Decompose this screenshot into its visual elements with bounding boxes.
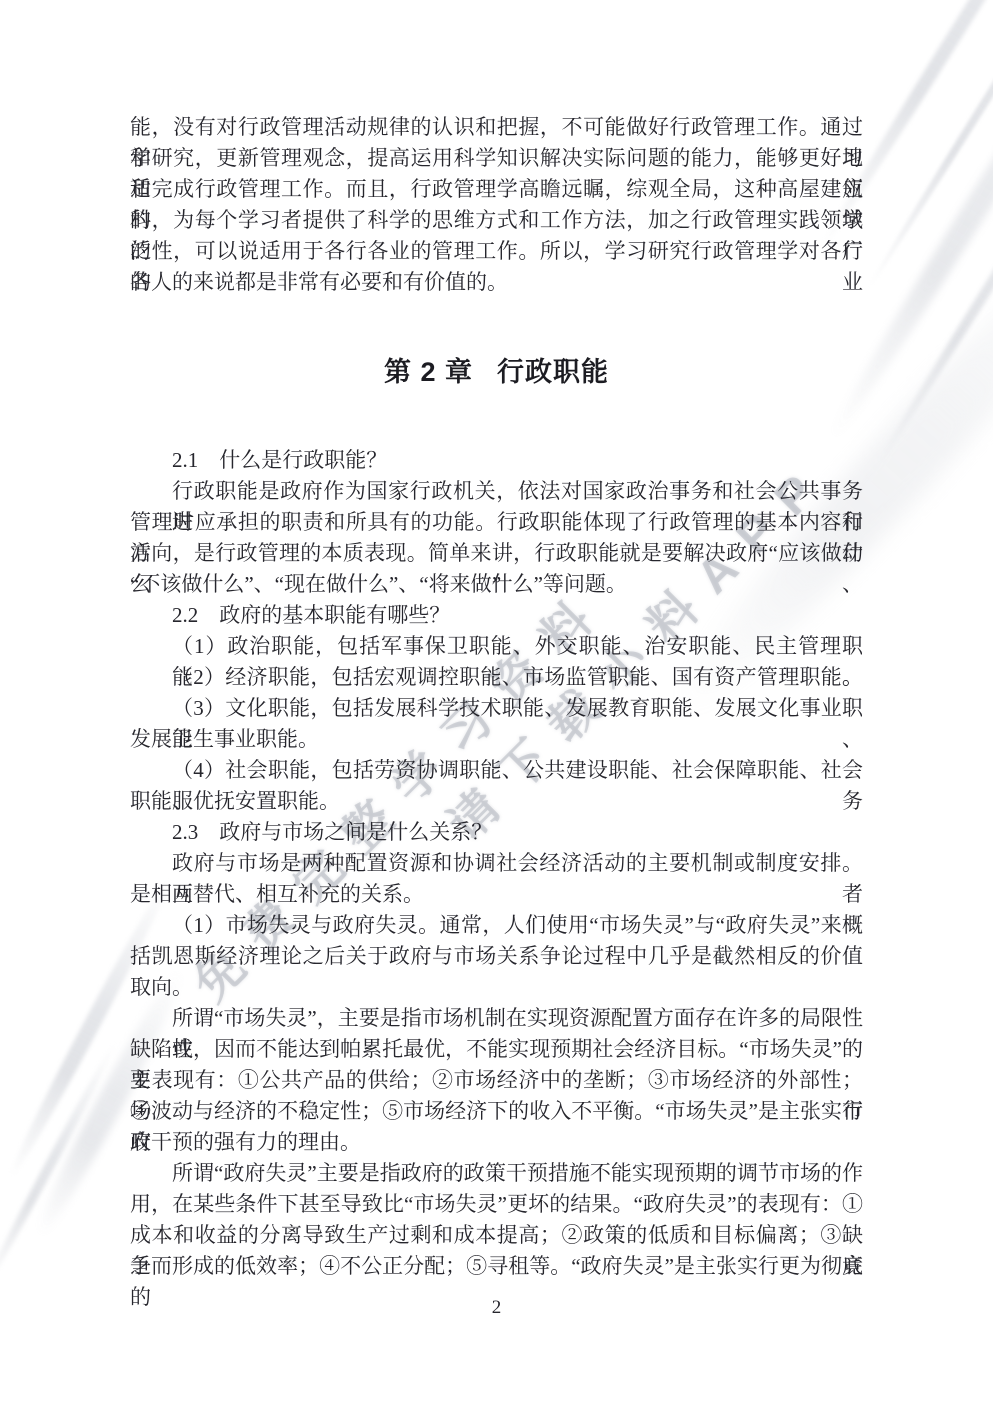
text-line: 管理时应承担的职责和所具有的功能。行政职能体现了行政管理的基本内容和活动	[130, 507, 863, 538]
text-line: 所谓“政府失灵”主要是指政府的政策干预措施不能实现预期的调节市场的作	[130, 1158, 863, 1189]
text-line: 府干预的强有力的理由。	[130, 1127, 863, 1158]
text-line: 科，为每个学习者提供了科学的思维方式和工作方法，加之行政管理实践领域的广	[130, 205, 863, 236]
text-line: （3）文化职能，包括发展科学技术职能、发展教育职能、发展文化事业职能、	[130, 693, 863, 724]
text-line: 取向。	[130, 972, 863, 1003]
text-line: 方向，是行政管理的本质表现。简单来讲，行政职能就是要解决政府“应该做什么”、	[130, 538, 863, 569]
text-line: 成本和收益的分离导致生产过剩和成本提高；②政策的低质和目标偏离；③缺乏竞	[130, 1220, 863, 1251]
intro-paragraph: 能，没有对行政管理活动规律的认识和把握，不可能做好行政管理工作。通过学习和研究，…	[130, 112, 863, 298]
text-line: （1）政治职能，包括军事保卫职能、外交职能、治安职能、民主管理职能。	[130, 631, 863, 662]
chapter-heading: 第 2 章行政职能	[130, 355, 863, 389]
text-line: 和研究，更新管理观念，提高运用科学知识解决实际问题的能力，能够更好地适应	[130, 143, 863, 174]
chapter-title: 行政职能	[497, 357, 609, 387]
section-heading: 2.1 什么是行政职能？	[130, 445, 863, 476]
document-page: 免费完整学习资料 请下载小料APP 能，没有对行政管理活动规律的认识和把握，不可…	[0, 0, 993, 1404]
section-heading: 2.2 政府的基本职能有哪些？	[130, 600, 863, 631]
text-line: 用，在某些条件下甚至导致比“市场失灵”更坏的结果。“政府失灵”的表现有：①	[130, 1189, 863, 1220]
text-line: 场波动与经济的不稳定性；⑤市场经济下的收入不平衡。“市场失灵”是主张实行政	[130, 1096, 863, 1127]
text-line: （2）经济职能，包括宏观调控职能、市场监管职能、国有资产管理职能。	[130, 662, 863, 693]
main-text: 2.1 什么是行政职能？行政职能是政府作为国家行政机关，依法对国家政治事务和社会…	[130, 445, 863, 1282]
text-line: （1）市场失灵与政府失灵。通常，人们使用“市场失灵”与“政府失灵”来概	[130, 910, 863, 941]
page-content: 能，没有对行政管理活动规律的认识和把握，不可能做好行政管理工作。通过学习和研究，…	[130, 112, 863, 1282]
scan-streak	[874, 104, 993, 465]
text-line: 争而形成的低效率；④不公正分配；⑤寻租等。“政府失灵”是主张实行更为彻底的	[130, 1251, 863, 1282]
text-line: 括凯恩斯经济理论之后关于政府与市场关系争论过程中几乎是截然相反的价值	[130, 941, 863, 972]
text-line: 泛性，可以说适用于各行各业的管理工作。所以，学习研究行政管理学对各行各业	[130, 236, 863, 267]
text-line: （4）社会职能，包括劳资协调职能、公共建设职能、社会保障职能、社会服务	[130, 755, 863, 786]
text-line: 行政职能是政府作为国家行政机关，依法对国家政治事务和社会公共事务进行	[130, 476, 863, 507]
text-line: 要表现有：①公共产品的供给；②市场经济中的垄断；③市场经济的外部性；④市	[130, 1065, 863, 1096]
text-line: 所谓“市场失灵”，主要是指市场机制在实现资源配置方面存在许多的局限性或	[130, 1003, 863, 1034]
scan-streak	[0, 1039, 120, 1291]
chapter-label: 第 2 章	[384, 357, 473, 387]
text-line: 和完成行政管理工作。而且，行政管理学高瞻远瞩，综观全局，这种高屋建瓴的学	[130, 174, 863, 205]
section-heading: 2.3 政府与市场之间是什么关系？	[130, 817, 863, 848]
text-line: 缺陷性，因而不能达到帕累托最优，不能实现预期社会经济目标。“市场失灵”的主	[130, 1034, 863, 1065]
text-line: 政府与市场是两种配置资源和协调社会经济活动的主要机制或制度安排。两者	[130, 848, 863, 879]
scan-streak	[865, 0, 993, 291]
text-line: 能，没有对行政管理活动规律的认识和把握，不可能做好行政管理工作。通过学习	[130, 112, 863, 143]
page-number: 2	[0, 1296, 993, 1320]
